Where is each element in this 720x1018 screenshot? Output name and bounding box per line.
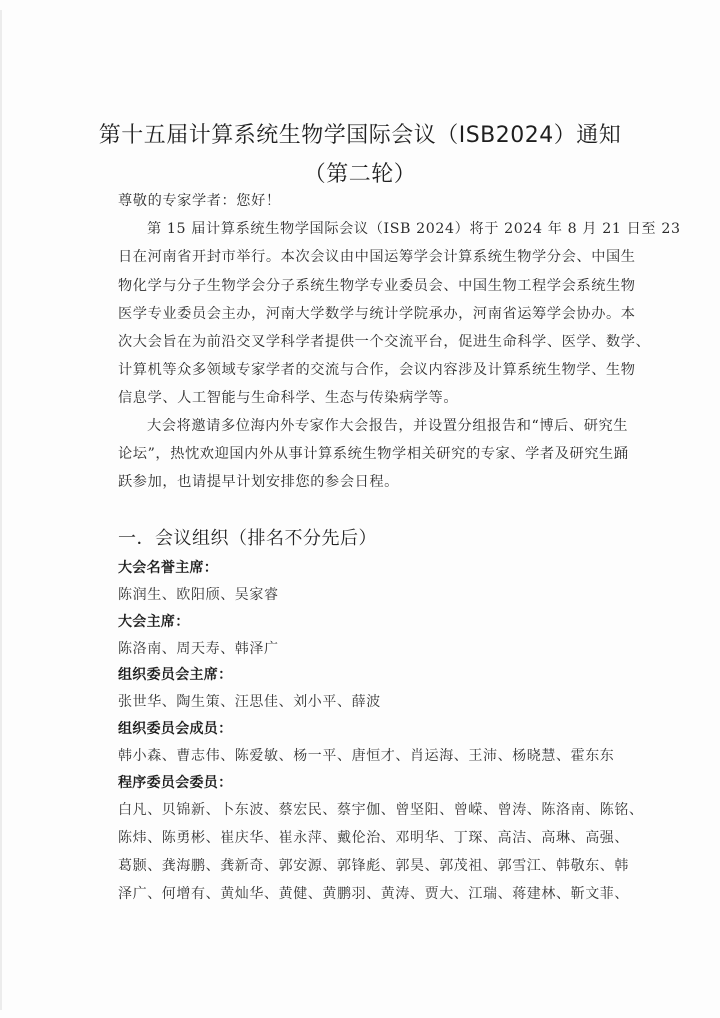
group-label-honorary-chairs: 大会名誉主席：	[118, 557, 218, 577]
document-page: 第十五届计算系统生物学国际会议（ISB2024）通知 （第二轮） 尊敬的专家学者…	[0, 0, 720, 1018]
paragraph1-line: 第 15 届计算系统生物学国际会议（ISB 2024）将于 2024 年 8 月…	[147, 218, 603, 238]
section-heading: 一．会议组织（排名不分先后）	[118, 524, 377, 550]
group-label-program-committee: 程序委员会委员：	[118, 772, 232, 792]
group-names-organizing-chairs: 张世华、陶生策、汪思佳、刘小平、薛波	[118, 691, 381, 711]
paragraph2-line: 跃参加，也请提早计划安排您的参会日程。	[118, 471, 602, 491]
group-label-organizing-chairs: 组织委员会主席：	[118, 664, 232, 684]
group-names-program-committee: 陈炜、陈勇彬、崔庆华、崔永萍、戴伦治、邓明华、丁琛、高洁、高琳、高强、	[118, 827, 602, 847]
group-names-organizing-members: 韩小森、曹志伟、陈爱敏、杨一平、唐恒才、肖运海、王沛、杨晓慧、霍东东	[118, 745, 614, 765]
group-names-program-committee: 泽广、何增有、黄灿华、黄健、黄鹏羽、黄涛、贾大、江瑞、蒋建林、靳文菲、	[118, 883, 602, 903]
document-title: 第十五届计算系统生物学国际会议（ISB2024）通知	[0, 118, 720, 149]
paragraph2-line: 论坛”，热忱欢迎国内外从事计算系统生物学相关研究的专家、学者及研究生踊	[118, 443, 602, 463]
paragraph2-line: 大会将邀请多位海内外专家作大会报告，并设置分组报告和“博后、研究生	[147, 415, 603, 435]
paragraph1-line: 日在河南省开封市举行。本次会议由中国运筹学会计算系统生物学分会、中国生	[118, 246, 602, 266]
group-names-program-committee: 白凡、贝锦新、卜东波、蔡宏民、蔡宇伽、曾坚阳、曾嵘、曾涛、陈洛南、陈铭、	[118, 799, 602, 819]
group-label-organizing-members: 组织委员会成员：	[118, 718, 232, 738]
paragraph1-line: 物化学与分子生物学会分子系统生物学专业委员会、中国生物工程学会系统生物	[118, 275, 602, 295]
document-subtitle: （第二轮）	[0, 157, 720, 188]
paragraph1-line: 次大会旨在为前沿交叉学科学者提供一个交流平台，促进生命科学、医学、数学、	[118, 331, 602, 351]
paragraph1-line: 信息学、人工智能与生命科学、生态与传染病学等。	[118, 387, 602, 407]
group-names-program-committee: 葛颢、龚海鹏、龚新奇、郭安源、郭锋彪、郭昊、郭茂祖、郭雪江、韩敬东、韩	[118, 855, 602, 875]
paragraph1-line: 计算机等众多领域专家学者的交流与合作，会议内容涉及计算系统生物学、生物	[118, 359, 602, 379]
group-label-chairs: 大会主席：	[118, 611, 190, 631]
group-names-chairs: 陈洛南、周天寿、韩泽广	[118, 638, 279, 658]
greeting: 尊敬的专家学者：您好！	[118, 190, 602, 210]
paragraph1-line: 医学专业委员会主办，河南大学数学与统计学院承办，河南省运筹学会协办。本	[118, 303, 602, 323]
group-names-honorary-chairs: 陈润生、欧阳颀、吴家睿	[118, 584, 279, 604]
